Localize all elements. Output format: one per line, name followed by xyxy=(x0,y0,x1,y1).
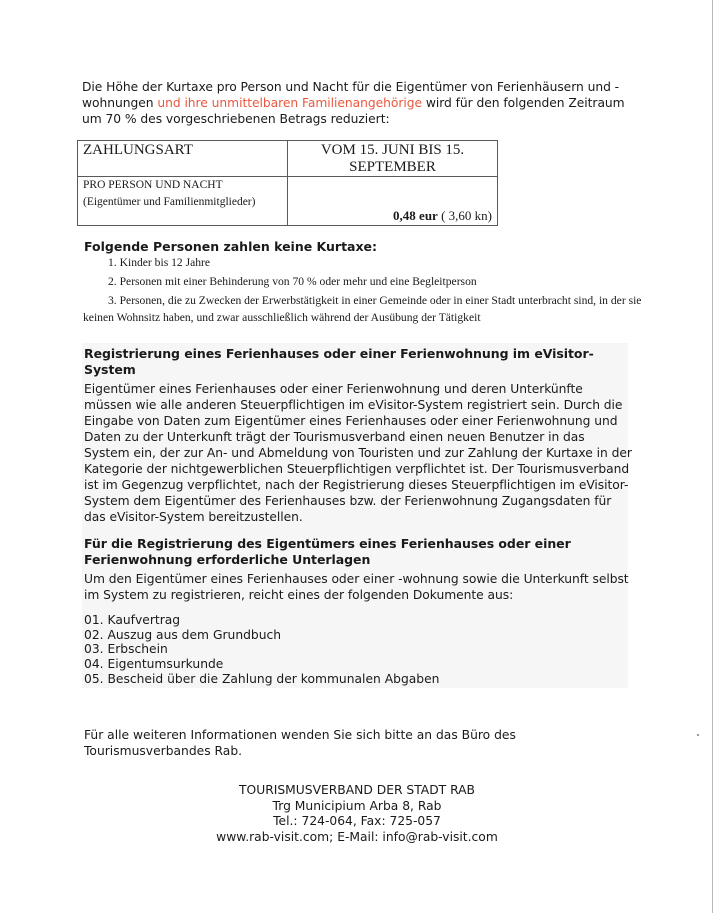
contact-block: TOURISMUSVERBAND DER STADT RAB Trg Munic… xyxy=(0,783,714,845)
row-price: 0,48 eur ( 3,60 kn) xyxy=(288,177,498,226)
price-eur: 0,48 eur xyxy=(393,208,438,223)
list-item: 02. Auszug aus dem Grundbuch xyxy=(84,628,439,643)
list-item: 3. Personen, die zu Zwecken der Erwerbst… xyxy=(83,292,643,326)
list-item: 2. Personen mit einer Behinderung von 70… xyxy=(83,273,643,290)
intro-text-highlight: und ihre unmittelbaren Familienangehörig… xyxy=(157,96,422,110)
documents-body: Um den Eigentümer eines Ferienhauses ode… xyxy=(84,571,634,603)
documents-section: Für die Registrierung des Eigentümers ei… xyxy=(84,536,634,603)
contact-web-email: www.rab-visit.com; E-Mail: info@rab-visi… xyxy=(0,830,714,846)
list-item: 01. Kaufvertrag xyxy=(84,613,439,628)
list-item: 04. Eigentumsurkunde xyxy=(84,657,439,672)
list-item: 05. Bescheid über die Zahlung der kommun… xyxy=(84,672,439,687)
rate-table-header-row: ZAHLUNGSART VOM 15. JUNI BIS 15. SEPTEMB… xyxy=(78,141,498,177)
header-payment-type: ZAHLUNGSART xyxy=(78,141,288,177)
registration-body: Eigentümer eines Ferienhauses oder einer… xyxy=(84,381,634,525)
documents-list: 01. Kaufvertrag 02. Auszug aus dem Grund… xyxy=(84,613,439,687)
scan-artifact xyxy=(697,734,699,736)
exemptions-list: 1. Kinder bis 12 Jahre 2. Personen mit e… xyxy=(83,254,643,328)
row-label: PRO PERSON UND NACHT (Eigentümer und Fam… xyxy=(78,177,288,226)
contact-phone-fax: Tel.: 724-064, Fax: 725-057 xyxy=(0,814,714,830)
row-label-line1: PRO PERSON UND NACHT xyxy=(83,177,282,194)
closing-paragraph: Für alle weiteren Informationen wenden S… xyxy=(84,727,584,759)
registration-section: Registrierung eines Ferienhauses oder ei… xyxy=(84,346,634,525)
price-kn: ( 3,60 kn) xyxy=(438,208,492,223)
documents-title: Für die Registrierung des Eigentümers ei… xyxy=(84,536,634,568)
row-label-line2: (Eigentümer und Familienmitglieder) xyxy=(83,194,282,211)
exemptions-title: Folgende Personen zahlen keine Kurtaxe: xyxy=(84,239,377,255)
rate-table-row: PRO PERSON UND NACHT (Eigentümer und Fam… xyxy=(78,177,498,226)
contact-address: Trg Municipium Arba 8, Rab xyxy=(0,799,714,815)
list-item: 1. Kinder bis 12 Jahre xyxy=(83,254,643,271)
list-item: 03. Erbschein xyxy=(84,642,439,657)
intro-paragraph: Die Höhe der Kurtaxe pro Person und Nach… xyxy=(82,79,642,127)
rate-table: ZAHLUNGSART VOM 15. JUNI BIS 15. SEPTEMB… xyxy=(77,140,498,226)
header-period: VOM 15. JUNI BIS 15. SEPTEMBER xyxy=(288,141,498,177)
page-edge-line xyxy=(712,0,713,913)
registration-title: Registrierung eines Ferienhauses oder ei… xyxy=(84,346,634,378)
contact-organization: TOURISMUSVERBAND DER STADT RAB xyxy=(0,783,714,799)
